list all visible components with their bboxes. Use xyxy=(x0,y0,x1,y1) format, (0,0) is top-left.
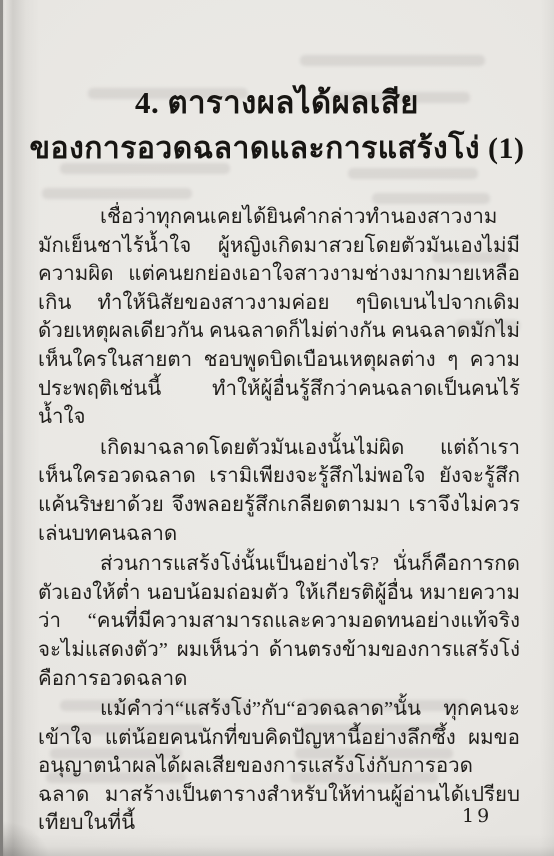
bleedthrough-mark xyxy=(300,55,485,66)
chapter-title-line-1: 4. ตารางผลได้ผลเสีย xyxy=(0,82,554,124)
body-text-block: เชื่อว่าทุกคนเคยได้ยินคำกล่าวทำนองสาวงาม… xyxy=(38,203,520,840)
body-paragraph-1: เชื่อว่าทุกคนเคยได้ยินคำกล่าวทำนองสาวงาม… xyxy=(38,203,520,432)
book-page: 4. ตารางผลได้ผลเสีย ของการอวดฉลาดและการแ… xyxy=(0,0,554,856)
bleedthrough-mark xyxy=(42,188,192,199)
page-number: 19 xyxy=(462,805,492,827)
chapter-title-line-2: ของการอวดฉลาดและการแสร้งโง่ (1) xyxy=(0,128,554,170)
body-paragraph-4: แม้คำว่า“แสร้งโง่”กับ“อวดฉลาด”นั้น ทุกคน… xyxy=(38,695,520,838)
body-paragraph-2: เกิดมาฉลาดโดยตัวมันเองนั้นไม่ผิด แต่ถ้าเ… xyxy=(38,434,520,548)
body-paragraph-3: ส่วนการแสร้งโง่นั้นเป็นอย่างไร? นั่นก็คื… xyxy=(38,550,520,693)
